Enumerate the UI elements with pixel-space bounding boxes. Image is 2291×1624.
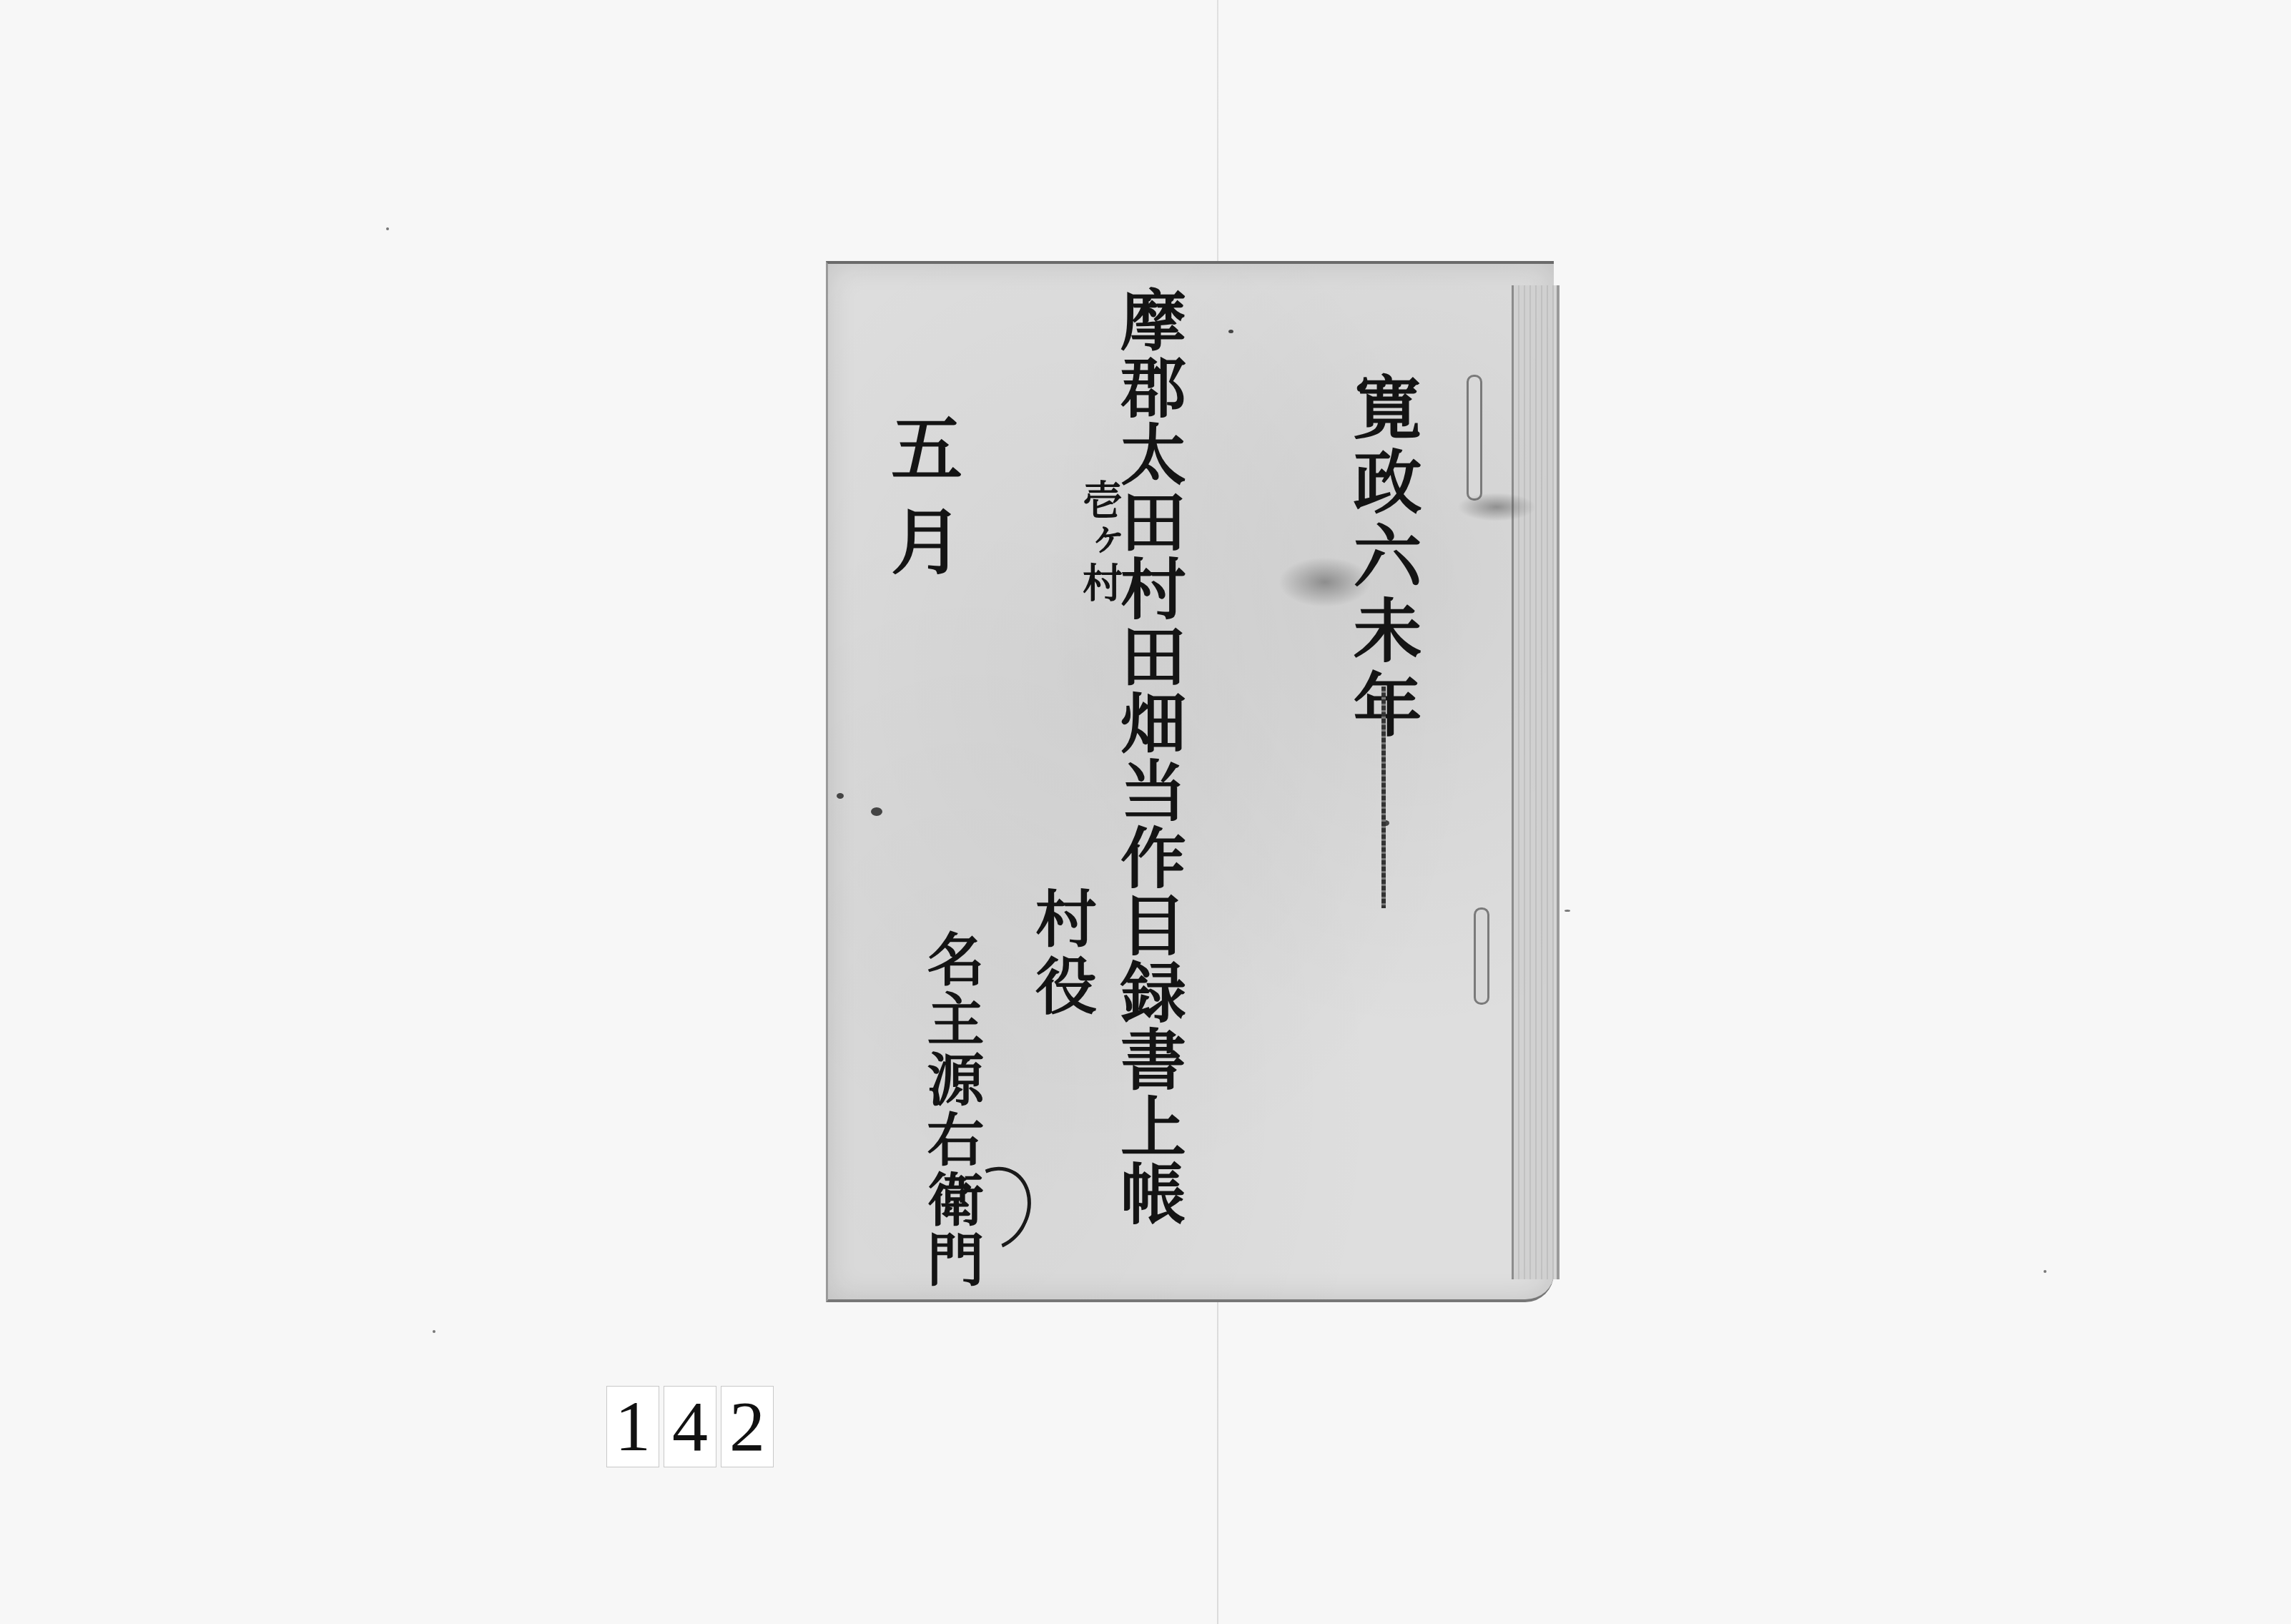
- title-annotation: 壱ヶ村: [1080, 479, 1120, 604]
- ink-stain: [837, 793, 844, 799]
- catalog-digit: 4: [664, 1386, 716, 1467]
- brush-tail-stroke: [1381, 686, 1386, 908]
- title-column: 摩郡太田村田畑当作目録書上帳: [1115, 286, 1181, 1227]
- month-column: 五月: [885, 411, 957, 597]
- catalog-digit: 1: [606, 1386, 659, 1467]
- catalog-number-label: 1 4 2: [606, 1386, 774, 1468]
- binding-slip-bottom: [1474, 907, 1489, 1005]
- ink-smudge: [1457, 493, 1536, 521]
- binding-spine: [1512, 285, 1560, 1279]
- village-official-label: 村役: [1030, 887, 1091, 1021]
- catalog-digit: 2: [721, 1386, 774, 1467]
- ink-stain: [871, 807, 882, 816]
- dust-speck: [1565, 910, 1570, 912]
- ink-stain: [1228, 330, 1233, 333]
- binding-slip-top: [1467, 375, 1482, 501]
- dust-speck: [433, 1330, 435, 1333]
- dust-speck: [386, 227, 389, 230]
- dust-speck: [2044, 1270, 2046, 1273]
